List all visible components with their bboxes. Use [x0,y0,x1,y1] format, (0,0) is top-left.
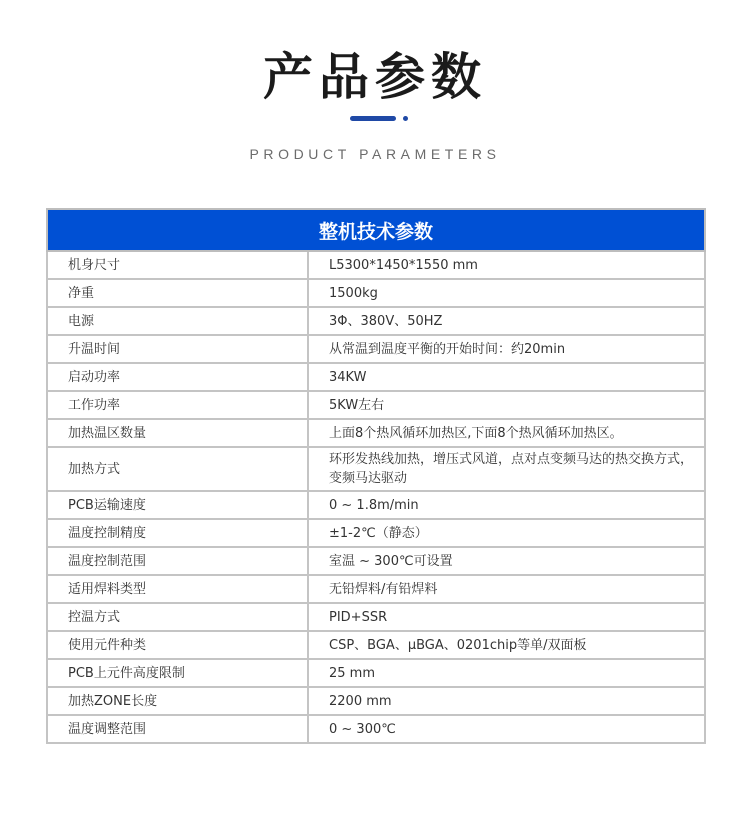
table-title: 整机技术参数 [47,209,705,251]
parameters-table: 整机技术参数 机身尺寸L5300*1450*1550 mm 净重1500kg 电… [46,208,706,744]
param-label: 控温方式 [47,603,308,631]
table-row: 电源3Φ、380V、50HZ [47,307,705,335]
table-row: 加热方式环形发热线加热，增压式风道，点对点变频马达的热交换方式，变频马达驱动 [47,447,705,491]
table-row: PCB运输速度0 ~ 1.8m/min [47,491,705,519]
param-label: 加热ZONE长度 [47,687,308,715]
param-value: 34KW [308,363,705,391]
divider-dot [403,116,408,121]
param-label: 净重 [47,279,308,307]
param-label: 工作功率 [47,391,308,419]
table-row: 温度控制精度±1-2℃（静态） [47,519,705,547]
table-row: 净重1500kg [47,279,705,307]
table-row: 工作功率5KW左右 [47,391,705,419]
param-label: 使用元件种类 [47,631,308,659]
table-row: 加热ZONE长度2200 mm [47,687,705,715]
param-value: 从常温到温度平衡的开始时间：约20min [308,335,705,363]
param-value: CSP、BGA、μBGA、0201chip等单/双面板 [308,631,705,659]
param-label: PCB上元件高度限制 [47,659,308,687]
table-row: 温度控制范围室温 ~ 300℃可设置 [47,547,705,575]
table-row: 使用元件种类CSP、BGA、μBGA、0201chip等单/双面板 [47,631,705,659]
param-label: PCB运输速度 [47,491,308,519]
table-row: 控温方式PID+SSR [47,603,705,631]
param-value: 0 ~ 300℃ [308,715,705,743]
param-label: 温度控制精度 [47,519,308,547]
table-row: 适用焊料类型无铅焊料/有铅焊料 [47,575,705,603]
param-label: 温度调整范围 [47,715,308,743]
param-value: 5KW左右 [308,391,705,419]
param-value: 环形发热线加热，增压式风道，点对点变频马达的热交换方式，变频马达驱动 [308,447,705,491]
page-title: 产品参数 [0,45,750,109]
param-value: 2200 mm [308,687,705,715]
param-label: 温度控制范围 [47,547,308,575]
param-label: 适用焊料类型 [47,575,308,603]
param-value: 上面8个热风循环加热区,下面8个热风循环加热区。 [308,419,705,447]
param-label: 电源 [47,307,308,335]
param-value: ±1-2℃（静态） [308,519,705,547]
param-value: PID+SSR [308,603,705,631]
table-row: 机身尺寸L5300*1450*1550 mm [47,251,705,279]
param-label: 启动功率 [47,363,308,391]
table-header-row: 整机技术参数 [47,209,705,251]
param-value: 无铅焊料/有铅焊料 [308,575,705,603]
param-value: 0 ~ 1.8m/min [308,491,705,519]
param-value: 3Φ、380V、50HZ [308,307,705,335]
param-value: 室温 ~ 300℃可设置 [308,547,705,575]
param-value: L5300*1450*1550 mm [308,251,705,279]
param-label: 升温时间 [47,335,308,363]
param-label: 加热温区数量 [47,419,308,447]
param-value: 1500kg [308,279,705,307]
table-row: 温度调整范围0 ~ 300℃ [47,715,705,743]
param-label: 机身尺寸 [47,251,308,279]
param-label: 加热方式 [47,447,308,491]
table-row: 启动功率34KW [47,363,705,391]
table-row: 升温时间从常温到温度平衡的开始时间：约20min [47,335,705,363]
page-subtitle: PRODUCT PARAMETERS [0,146,750,162]
divider-bar [350,116,396,121]
table-row: PCB上元件高度限制25 mm [47,659,705,687]
table-row: 加热温区数量上面8个热风循环加热区,下面8个热风循环加热区。 [47,419,705,447]
param-value: 25 mm [308,659,705,687]
